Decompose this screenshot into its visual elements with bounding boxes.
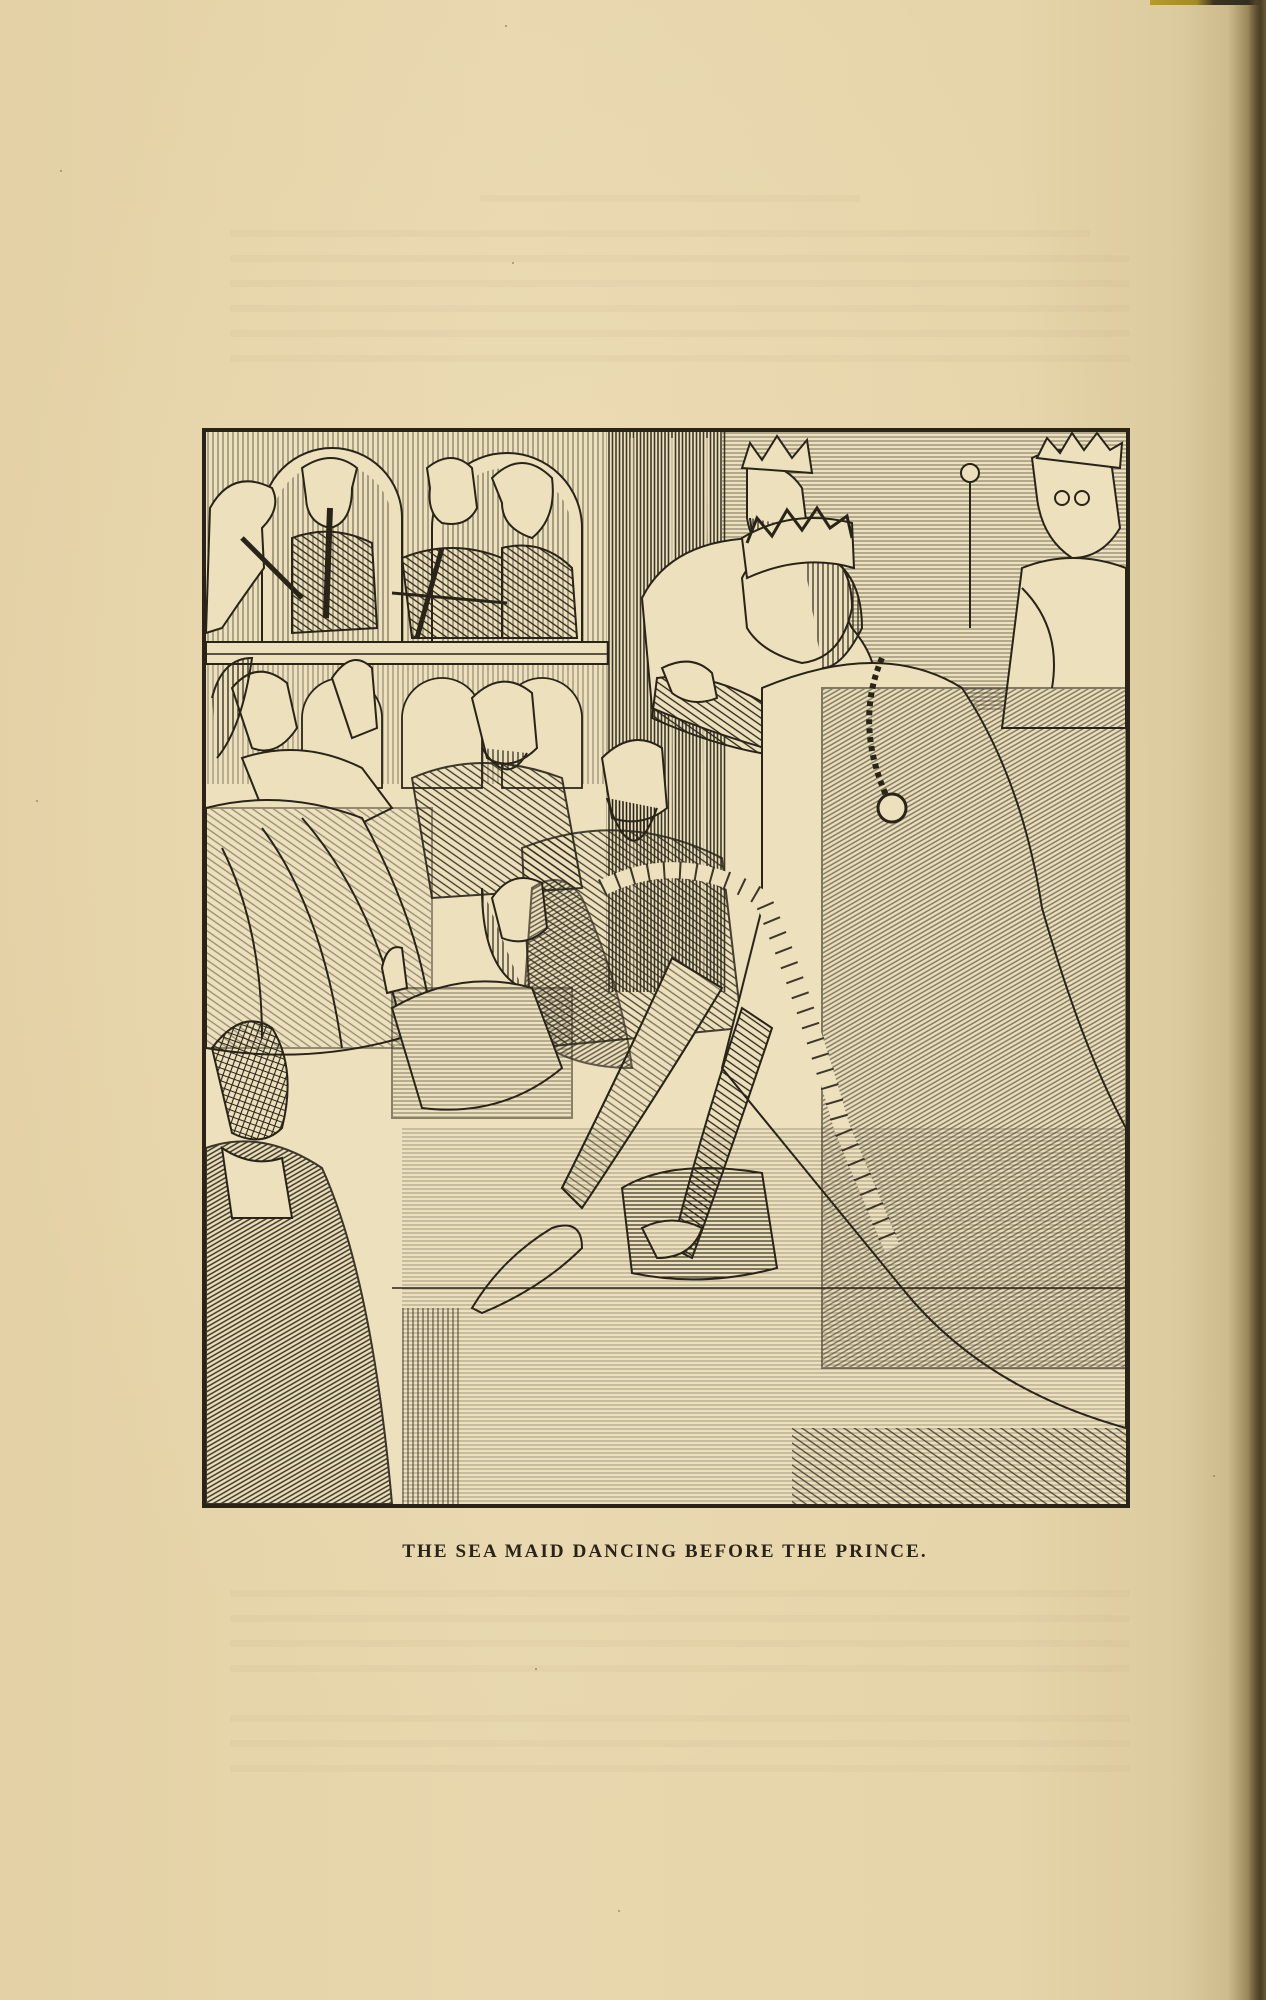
book-gutter-shadow <box>1248 0 1266 2000</box>
engraving-illustration <box>202 428 1130 1508</box>
engraving-svg <box>202 428 1130 1508</box>
illustration-caption: THE SEA MAID DANCING BEFORE THE PRINCE. <box>200 1541 1130 1563</box>
